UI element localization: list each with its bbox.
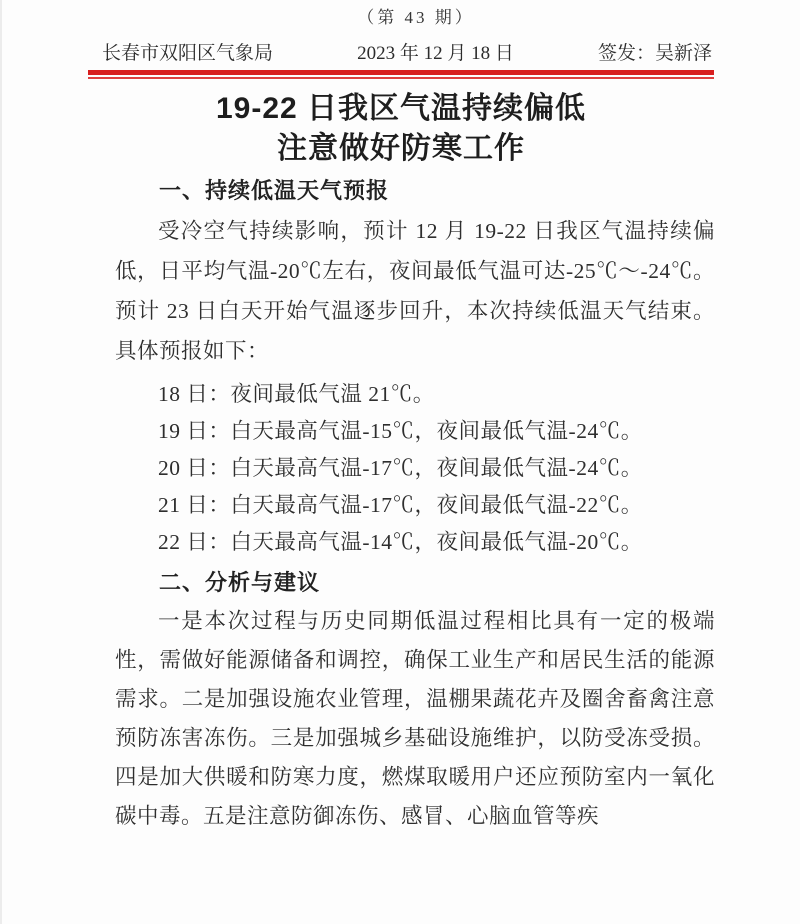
forecast-item-18: 18 日：夜间最低气温 21℃。: [115, 376, 715, 413]
section-2-heading: 二、分析与建议: [115, 568, 715, 598]
document-page: （第 43 期） 长春市双阳区气象局 2023 年 12 月 18 日 签发：吴…: [0, 0, 800, 924]
section-1-paragraph: 受冷空气持续影响，预计 12 月 19-22 日我区气温持续偏低，日平均气温-2…: [115, 211, 715, 371]
document-title-line-2: 注意做好防寒工作: [2, 129, 800, 169]
forecast-list: 18 日：夜间最低气温 21℃。 19 日：白天最高气温-15℃，夜间最低气温-…: [115, 376, 715, 561]
agency-name: 长春市双阳区气象局: [102, 42, 273, 66]
document-title: 19-22 日我区气温持续偏低 注意做好防寒工作: [2, 89, 800, 169]
issue-number: （第 43 期）: [32, 6, 800, 30]
red-divider-rule: [88, 70, 714, 79]
document-title-line-1: 19-22 日我区气温持续偏低: [2, 89, 800, 129]
forecast-item-22: 22 日：白天最高气温-14℃，夜间最低气温-20℃。: [115, 524, 715, 561]
issue-date: 2023 年 12 月 18 日: [357, 42, 514, 66]
red-rule-thin-line: [88, 77, 714, 79]
section-2-paragraph: 一是本次过程与历史同期低温过程相比具有一定的极端性，需做好能源储备和调控，确保工…: [115, 602, 715, 836]
document-header: 长春市双阳区气象局 2023 年 12 月 18 日 签发：吴新泽: [102, 42, 712, 66]
forecast-item-20: 20 日：白天最高气温-17℃，夜间最低气温-24℃。: [115, 450, 715, 487]
red-rule-thick-line: [88, 70, 714, 75]
section-1-heading: 一、持续低温天气预报: [115, 176, 715, 206]
document-body: 一、持续低温天气预报 受冷空气持续影响，预计 12 月 19-22 日我区气温持…: [115, 176, 715, 836]
signer-name: 签发：吴新泽: [598, 42, 712, 66]
forecast-item-21: 21 日：白天最高气温-17℃，夜间最低气温-22℃。: [115, 487, 715, 524]
forecast-item-19: 19 日：白天最高气温-15℃，夜间最低气温-24℃。: [115, 413, 715, 450]
